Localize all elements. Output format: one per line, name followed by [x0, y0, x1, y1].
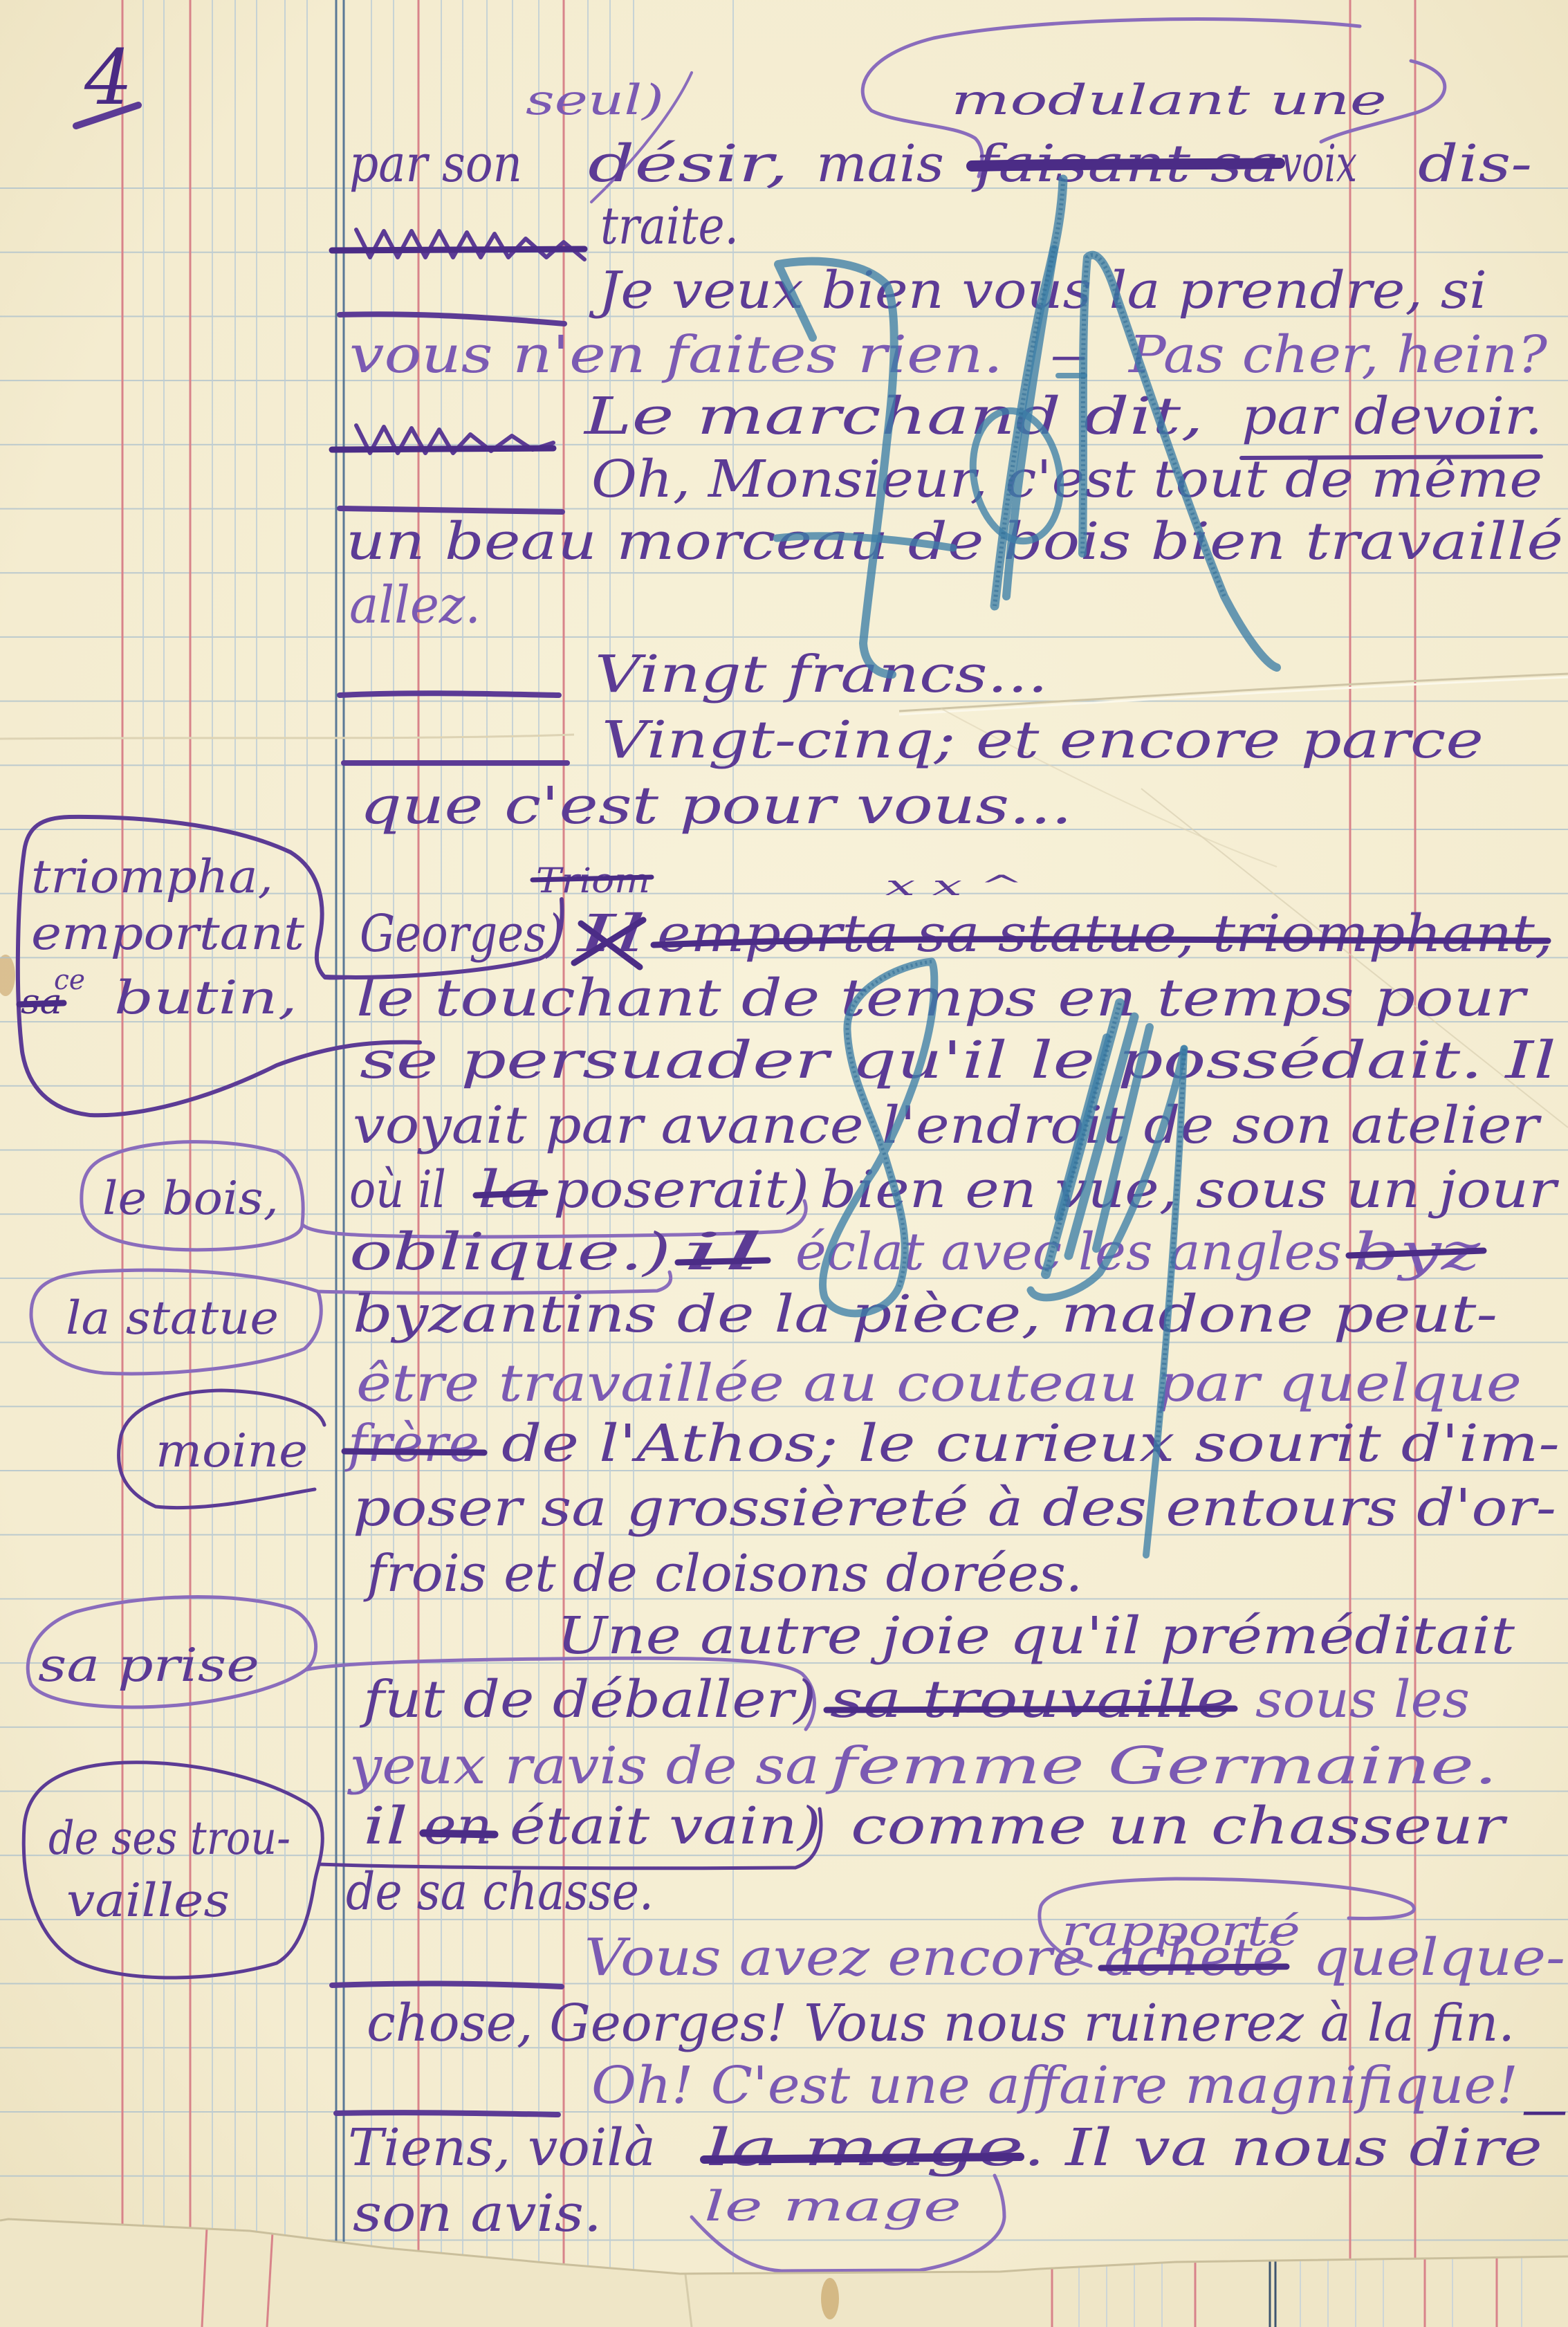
text-segment: être travaillée au couteau par quelque	[356, 1354, 1522, 1413]
text-segment: mais	[816, 134, 944, 194]
strike-line	[476, 1193, 545, 1195]
margin-note-superscript: ce	[54, 964, 85, 996]
struck-text: la mage	[705, 2118, 1024, 2178]
text-segment: traite.	[600, 196, 739, 256]
strike-line	[332, 448, 553, 450]
text-line: que c'est pour vous...	[360, 776, 1072, 836]
text-segment: Une autre joie qu'il préméditait	[557, 1606, 1515, 1666]
text-line: de sa chasse.	[346, 1862, 654, 1922]
text-segment: son avis.	[353, 2184, 602, 2243]
margin-note-line: moine	[156, 1424, 308, 1478]
top-page: 4 seul) modulant une rapporté le	[0, 0, 1568, 2327]
text-segment: quelque-	[1313, 1928, 1565, 1987]
text-segment: le touchant de temps en temps pour	[356, 968, 1529, 1028]
margin-note-line: triompha,	[31, 850, 273, 903]
text-segment: chose, Georges! Vous nous ruinerez à la …	[367, 1994, 1515, 2053]
struck-text: acheté	[1104, 1928, 1284, 1987]
struck-text: emporta sa statue, triomphant,	[657, 904, 1553, 964]
margin-note-line: emportant	[31, 907, 305, 960]
text-segment: bien en vue, sous un jour	[820, 1160, 1560, 1220]
dialogue-dash	[336, 2113, 558, 2115]
text-segment: Tiens, voilà	[348, 2118, 656, 2178]
struck-text: en	[423, 1796, 492, 1856]
text-line: se persuader qu'il le possédait. Il	[360, 1031, 1556, 1090]
text-line: voyait par avance l'endroit de son ateli…	[353, 1096, 1542, 1155]
text-segment: était vain)	[510, 1796, 821, 1856]
text-segment: désir,	[588, 134, 788, 194]
text-line: Vingt francs...	[595, 645, 1048, 704]
text-segment: voix	[1281, 134, 1357, 194]
dialogue-dash	[340, 693, 559, 695]
text-line: son avis.	[353, 2184, 602, 2243]
text-line: yeux ravis de sa femme Germaine.	[347, 1736, 1497, 1796]
text-line: frère de l'Athos; le curieux sourit d'im…	[344, 1414, 1560, 1473]
text-segment: Vingt francs...	[595, 645, 1048, 704]
text-segment: il	[363, 1796, 408, 1856]
text-segment: comme un chasseur	[851, 1796, 1509, 1856]
text-segment: Vingt-cinq; et encore parce	[602, 710, 1484, 770]
text-segment: un beau morceau de bois bien travaillé	[346, 512, 1563, 571]
text-segment: voyait par avance l'endroit de son ateli…	[353, 1096, 1542, 1155]
margin-note-line: de ses trou-	[48, 1812, 290, 1865]
text-segment: que c'est pour vous...	[360, 776, 1072, 836]
text-segment: frois et de cloisons dorées.	[363, 1544, 1082, 1603]
strike-line	[678, 1260, 768, 1262]
strike-line	[1101, 1967, 1286, 1968]
text-line: un beau morceau de bois bien travaillé	[346, 512, 1563, 571]
text-line: chose, Georges! Vous nous ruinerez à la …	[367, 1994, 1515, 2053]
text-segment: femme Germaine.	[825, 1736, 1497, 1796]
insertion-seul: seul)	[526, 76, 664, 125]
margin-note-line: butin,	[114, 971, 297, 1024]
strike-line	[972, 163, 1280, 166]
text-segment: dis-	[1418, 134, 1532, 194]
struck-text: la	[477, 1160, 543, 1220]
text-segment: poserait)	[553, 1160, 809, 1220]
text-segment: où il	[349, 1160, 446, 1220]
dialogue-dash	[332, 1984, 562, 1987]
text-line: fut de déballer) sa trouvaille sous les	[359, 1670, 1470, 1729]
text-segment: poser sa grossièreté à des entours d'or-	[353, 1478, 1556, 1538]
text-segment: se persuader qu'il le possédait. Il	[360, 1031, 1556, 1090]
text-segment: byzantins de la pièce, madone peut-	[353, 1285, 1497, 1344]
page-number-group: 4	[76, 33, 138, 126]
text-line: Vous avez encore acheté quelque-	[584, 1928, 1565, 1987]
text-segment: sous les	[1255, 1670, 1470, 1729]
text-segment: fut de déballer)	[359, 1670, 816, 1729]
strike-line	[827, 1709, 1235, 1710]
strike-line	[344, 1451, 484, 1453]
text-segment: Pas cher, hein?	[1127, 325, 1549, 385]
text-line: Tiens, voilà la mage . Il va nous dire	[348, 2118, 1542, 2178]
text-line: oblique.) il éclat avec les angles byz	[349, 1222, 1484, 1282]
text-segment: par devoir.	[1242, 387, 1542, 446]
text-segment: Oh! C'est une affaire magnifique!	[591, 2056, 1518, 2115]
text-line: vous n'en faites rien. — Pas cher, hein?	[349, 325, 1548, 385]
text-segment: de l'Athos; le curieux sourit d'im-	[501, 1414, 1560, 1473]
strike-line	[19, 1003, 64, 1004]
stain	[821, 2278, 839, 2319]
text-line: Georges) Il emporta sa statue, triomphan…	[360, 904, 1553, 967]
insertion-le-mage: le mage	[704, 2182, 961, 2231]
manuscript-page: 4 seul) modulant une rapporté le	[0, 0, 1568, 2327]
text-segment: oblique.)	[349, 1222, 671, 1282]
text-segment: Georges)	[360, 904, 564, 964]
strike-line	[533, 877, 652, 880]
text-segment: par son	[349, 134, 522, 194]
text-line: Oh, Monsieur, c'est tout de même	[591, 450, 1542, 509]
text-segment: Oh, Monsieur, c'est tout de même	[591, 450, 1542, 509]
margin-note-line: vailles	[66, 1874, 230, 1927]
text-line: traite.	[600, 196, 739, 256]
margin-note-line: le bois,	[102, 1172, 279, 1225]
struck-text: frère	[344, 1414, 479, 1473]
margin-note-line: la statue	[66, 1291, 279, 1345]
text-line: être travaillée au couteau par quelque	[356, 1354, 1522, 1413]
strike-line	[332, 249, 584, 250]
text-line: frois et de cloisons dorées.	[363, 1544, 1082, 1603]
text-line: allez.	[349, 576, 481, 635]
text-line: il en était vain) comme un chasseur	[363, 1796, 1509, 1856]
margin-note-line: sa prise	[38, 1639, 259, 1692]
struck-text: il	[681, 1222, 764, 1282]
text-segment: vous n'en faites rien.	[349, 325, 1003, 385]
text-line: poser sa grossièreté à des entours d'or-	[353, 1478, 1556, 1538]
text-segment: yeux ravis de sa	[347, 1736, 820, 1796]
text-segment: Vous avez encore	[584, 1928, 1086, 1987]
insertion-modulant: modulant une	[951, 76, 1387, 125]
text-line: le touchant de temps en temps pour	[356, 968, 1529, 1028]
text-line: byzantins de la pièce, madone peut-	[353, 1285, 1497, 1344]
insertion-marks: x x ^	[885, 870, 1024, 902]
text-segment: . Il va nous dire	[1024, 2118, 1542, 2178]
strike-line	[704, 2157, 1020, 2160]
text-line: Vingt-cinq; et encore parce	[602, 710, 1484, 770]
text-line: Une autre joie qu'il préméditait	[557, 1606, 1515, 1666]
strike-line	[423, 1833, 495, 1834]
text-line: où il la poserait) bien en vue, sous un …	[349, 1160, 1560, 1220]
text-segment: de sa chasse.	[346, 1862, 654, 1922]
text-segment: allez.	[349, 576, 481, 635]
struck-text: sa trouvaille	[830, 1670, 1235, 1729]
